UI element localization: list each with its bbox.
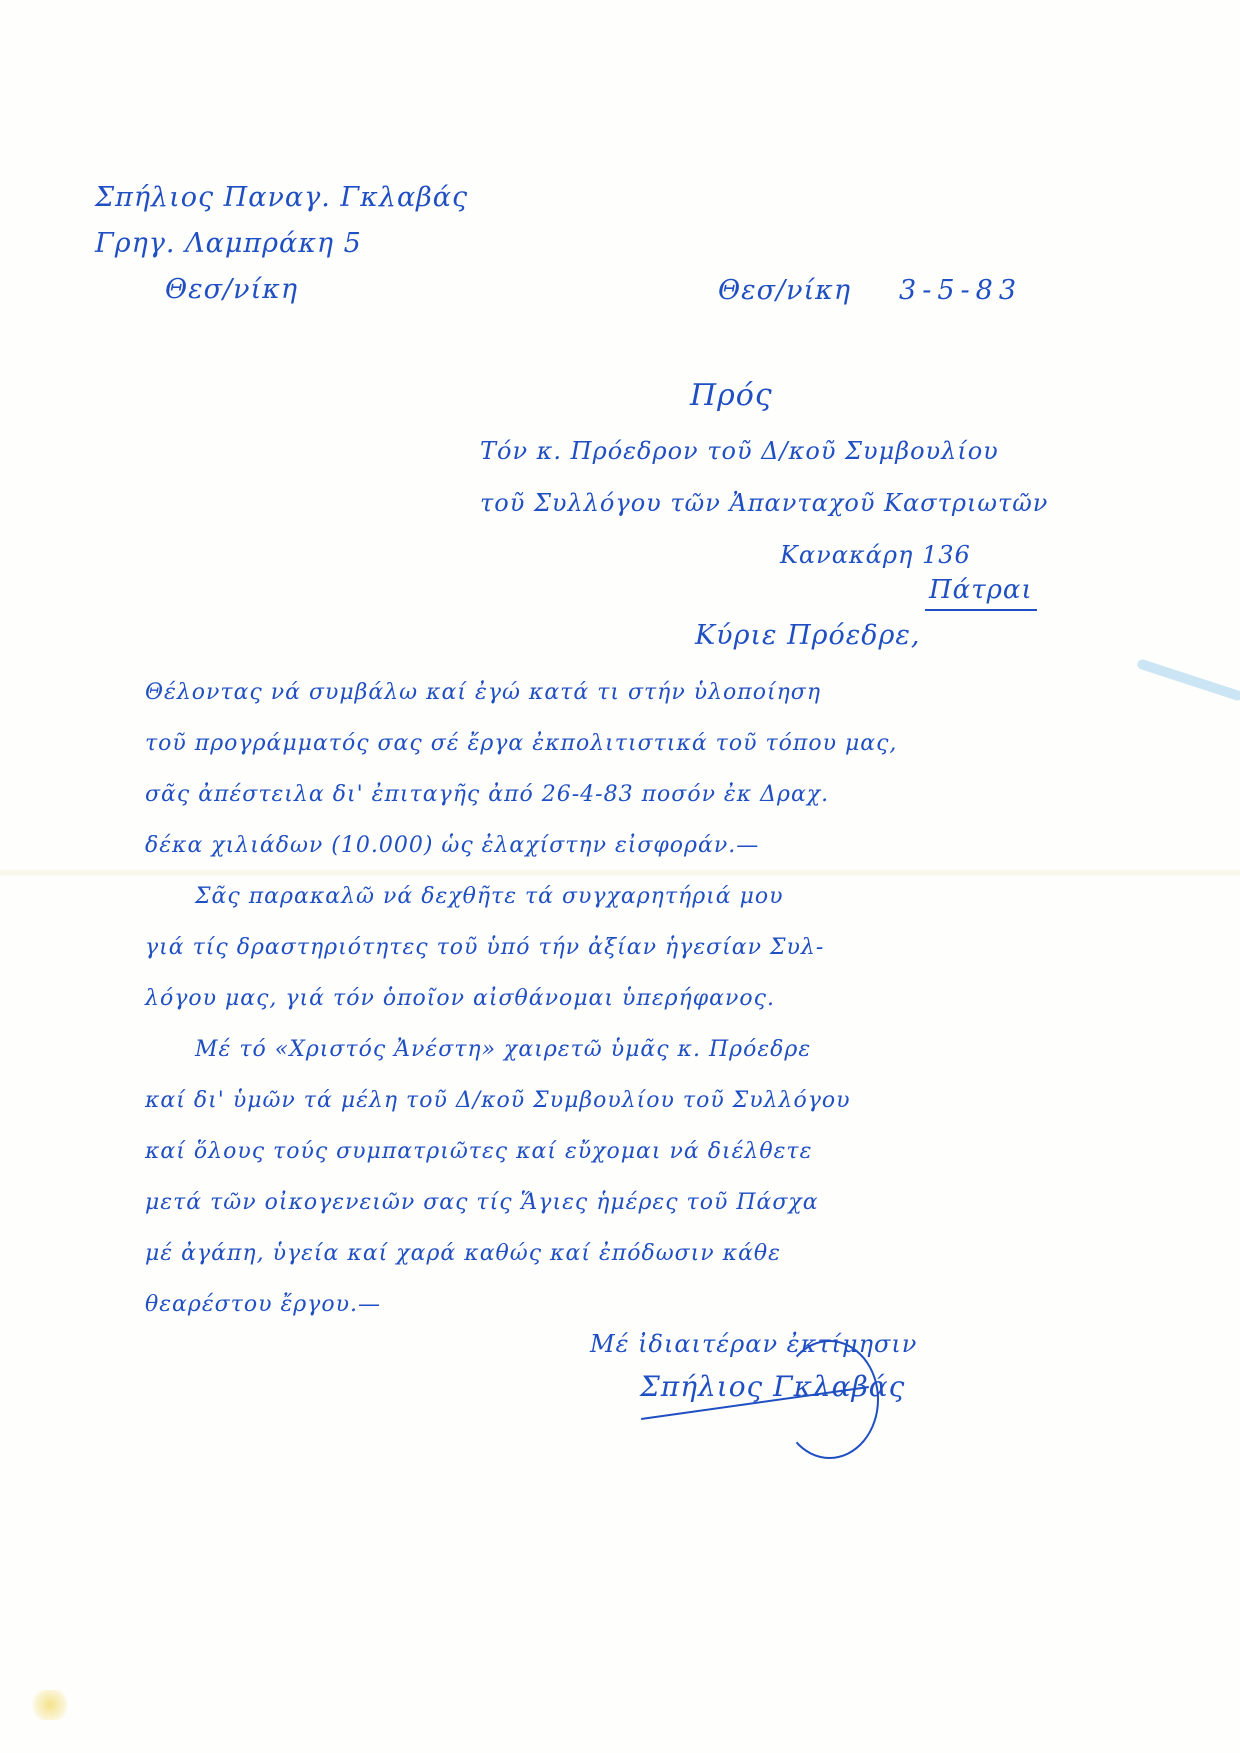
sender-name: Σπήλιος Παναγ. Γκλαβάς: [95, 175, 468, 221]
recipient-line-2: τοῦ Συλλόγου τῶν Ἀπανταχοῦ Καστριωτῶν: [480, 477, 1048, 529]
body-line: μέ ἀγάπη, ὑγεία καί χαρά καθώς καί ἐπόδω…: [145, 1231, 1235, 1276]
body-line: μετά τῶν οἰκογενειῶν σας τίς Ἅγιες ἡμέρε…: [145, 1180, 1235, 1225]
sender-city: Θεσ/νίκη: [95, 267, 468, 313]
body-line: Μέ τό «Χριστός Ἀνέστη» χαιρετῶ ὑμᾶς κ. Π…: [145, 1027, 1235, 1072]
closing-phrase: Μέ ἰδιαιτέραν ἐκτίμησιν: [590, 1330, 917, 1358]
body-line: λόγου μας, γιά τόν ὁποῖον αἰσθάνομαι ὑπε…: [145, 976, 1235, 1021]
paper-stain: [30, 1690, 70, 1720]
recipient-address-block: Τόν κ. Πρόεδρον τοῦ Δ/κοῦ Συμβουλίου τοῦ…: [480, 425, 1048, 581]
body-line: καί ὅλους τούς συμπατριῶτες καί εὔχομαι …: [145, 1129, 1235, 1174]
body-line: τοῦ προγράμματός σας σέ ἔργα ἐκπολιτιστι…: [145, 721, 1235, 766]
signature: Σπήλιος Γκλαβάς: [640, 1370, 905, 1403]
dateline-place: Θεσ/νίκη: [718, 275, 851, 306]
body-line: σᾶς ἀπέστειλα δι' ἐπιταγῆς ἀπό 26-4-83 π…: [145, 772, 1235, 817]
recipient-city: Πάτραι: [925, 575, 1037, 611]
letter-page: Σπήλιος Παναγ. Γκλαβάς Γρηγ. Λαμπράκη 5 …: [0, 0, 1240, 1753]
body-line: θεαρέστου ἔργου.—: [145, 1282, 1235, 1327]
recipient-label: Πρός: [690, 378, 773, 413]
letter-body: Θέλοντας νά συμβάλω καί ἐγώ κατά τι στήν…: [145, 670, 1235, 1333]
sender-address-block: Σπήλιος Παναγ. Γκλαβάς Γρηγ. Λαμπράκη 5 …: [95, 175, 468, 313]
body-line: δέκα χιλιάδων (10.000) ὡς ἐλαχίστην εἰσφ…: [145, 823, 1235, 868]
sender-street: Γρηγ. Λαμπράκη 5: [95, 221, 468, 267]
recipient-street: Κανακάρη 136: [480, 529, 1048, 581]
dateline-date: 3-5-83: [899, 275, 1022, 306]
body-line: γιά τίς δραστηριότητες τοῦ ὑπό τήν ἀξίαν…: [145, 925, 1235, 970]
body-line: Θέλοντας νά συμβάλω καί ἐγώ κατά τι στήν…: [145, 670, 1235, 715]
dateline: Θεσ/νίκη3-5-83: [718, 275, 1022, 306]
body-line: καί δι' ὑμῶν τά μέλη τοῦ Δ/κοῦ Συμβουλίο…: [145, 1078, 1235, 1123]
body-line: Σᾶς παρακαλῶ νά δεχθῆτε τά συγχαρητήριά …: [145, 874, 1235, 919]
recipient-line-1: Τόν κ. Πρόεδρον τοῦ Δ/κοῦ Συμβουλίου: [480, 425, 1048, 477]
salutation: Κύριε Πρόεδρε,: [695, 620, 920, 651]
